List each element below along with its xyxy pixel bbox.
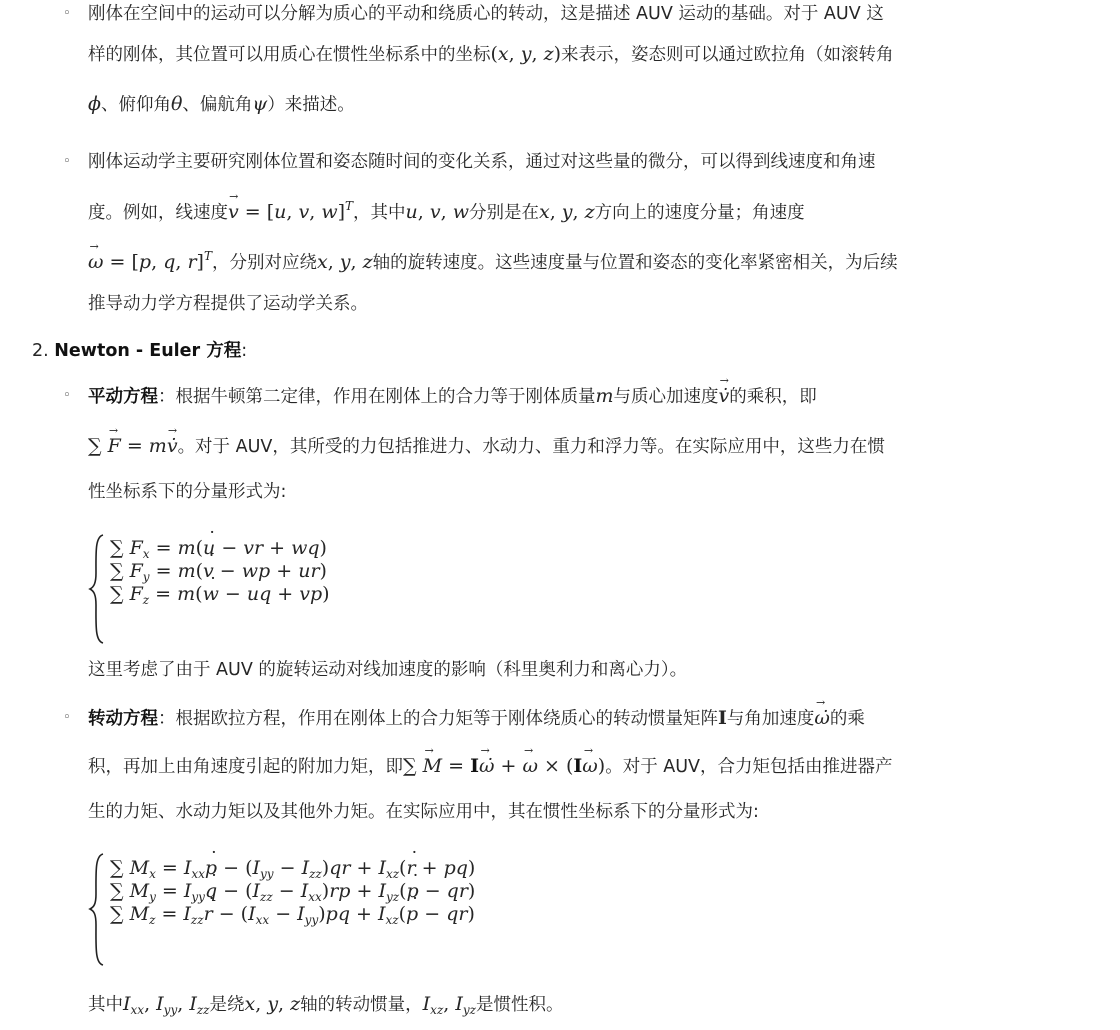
math-coords: (x, y, z) — [491, 43, 562, 65]
bullet-icon: ◦ — [63, 0, 71, 28]
text: 其中 — [88, 995, 123, 1015]
paragraph-line: 推导动力学方程提供了运动学关系。 — [88, 290, 368, 318]
text: 与质心加速度 — [614, 387, 719, 407]
paragraph-line: 这里考虑了由于 AUV 的旋转运动对线加速度的影响（科里奥利力和离心力）。 — [88, 656, 687, 684]
math-angular-velocity: ω = [p, q, r]T — [88, 251, 212, 273]
math-linear-velocity: v = [u, v, w]T — [228, 201, 353, 223]
text: 来表示，姿态则可以通过欧拉角（如滚转角 — [561, 45, 894, 65]
equation-fz: ∑ Fz = m(w − uq + vp) — [110, 583, 330, 606]
text: ：根据欧拉方程，作用在刚体上的合力矩等于刚体绕质心的转动惯量矩阵 — [158, 709, 718, 729]
paragraph-line: 转动方程：根据欧拉方程，作用在刚体上的合力矩等于刚体绕质心的转动惯量矩阵I与角加… — [88, 704, 865, 733]
equation-mx: ∑ Mx = Ixxp − (Iyy − Izz)qr + Ixz(r + pq… — [110, 857, 475, 880]
brace-icon — [88, 852, 106, 967]
bullet-icon: ◦ — [63, 382, 71, 410]
paragraph-line: ϕ、俯仰角θ、偏航角ψ）来描述。 — [88, 90, 355, 119]
text: 是绕 — [210, 995, 245, 1015]
math-vdot: v̇ — [719, 382, 730, 410]
text: 积，再加上由角速度引起的附加力矩，即 — [88, 757, 403, 777]
paragraph-line: 其中Ixx, Iyy, Izz是绕x, y, z轴的转动惯量，Ixz, Iyz是… — [88, 990, 563, 1024]
math-uvw: u, v, w — [406, 201, 469, 223]
paragraph-line: 度。例如，线速度v = [u, v, w]T，其中u, v, w分别是在x, y… — [88, 192, 805, 227]
text: ：根据牛顿第二定律，作用在刚体上的合力等于刚体质量 — [158, 387, 596, 407]
equation-fx: ∑ Fx = m(u − vr + wq) — [110, 537, 330, 560]
math-inertias: Ixx, Iyy, Izz — [123, 993, 210, 1015]
text: 样的刚体，其位置可以用质心在惯性坐标系中的坐标 — [88, 45, 491, 65]
math-xyz: x, y, z — [317, 251, 373, 273]
text: 是惯性积。 — [476, 995, 564, 1015]
math-products-of-inertia: Ixz, Iyz — [423, 993, 476, 1015]
math-psi: ψ — [252, 93, 267, 115]
brace-icon — [88, 533, 106, 645]
paragraph-line: 样的刚体，其位置可以用质心在惯性坐标系中的坐标(x, y, z)来表示，姿态则可… — [88, 40, 894, 69]
paragraph-line: ∑ F = mv̇。对于 AUV，其所受的力包括推进力、水动力、重力和浮力等。在… — [88, 432, 885, 461]
paragraph-line: ω = [p, q, r]T，分别对应绕x, y, z轴的旋转速度。这些速度量与… — [88, 242, 898, 277]
paragraph-line: 平动方程：根据牛顿第二定律，作用在刚体上的合力等于刚体质量m与质心加速度v̇的乘… — [88, 382, 817, 411]
math-m: m — [596, 385, 614, 407]
paragraph-line: 积，再加上由角速度引起的附加力矩，即∑ M = Iω̇ + ω × (Iω)。对… — [88, 752, 893, 781]
bullet-icon: ◦ — [63, 148, 71, 176]
text: 、偏航角 — [182, 95, 252, 115]
math-theta: θ — [171, 93, 182, 115]
math-phi: ϕ — [88, 93, 101, 115]
text: 分别是在 — [469, 203, 539, 223]
text: 刚体运动学主要研究刚体位置和姿态随时间的变化关系，通过对这些量的微分，可以得到线… — [88, 152, 876, 172]
math-xyz: x, y, z — [539, 201, 595, 223]
paragraph-line: 刚体运动学主要研究刚体位置和姿态随时间的变化关系，通过对这些量的微分，可以得到线… — [88, 148, 876, 176]
paragraph-line: 生的力矩、水动力矩以及其他外力矩。在实际应用中，其在惯性坐标系下的分量形式为: — [88, 798, 759, 826]
text: 与角加速度 — [727, 709, 815, 729]
math-euler: ∑ M = Iω̇ + ω × (Iω) — [403, 755, 605, 777]
text: 。对于 AUV，合力矩包括由推进器产 — [605, 757, 892, 777]
text: ，其中 — [353, 203, 406, 223]
text: 方向上的速度分量；角速度 — [595, 203, 805, 223]
text: 度。例如，线速度 — [88, 203, 228, 223]
moment-equations: ∑ Mx = Ixxp − (Iyy − Izz)qr + Ixz(r + pq… — [88, 852, 475, 967]
math-omega-dot: ω̇ — [814, 704, 830, 732]
text: ，分别对应绕 — [212, 253, 317, 273]
text: : — [241, 341, 247, 361]
equation-my: ∑ My = Iyyq − (Izz − Ixx)rp + Iyz(p − qr… — [110, 880, 475, 903]
term-label: 转动方程 — [88, 709, 158, 729]
text: 的乘 — [830, 709, 865, 729]
equation-fy: ∑ Fy = m(v − wp + ur) — [110, 560, 330, 583]
text: 、俯仰角 — [101, 95, 171, 115]
text: 生的力矩、水动力矩以及其他外力矩。在实际应用中，其在惯性坐标系下的分量形式为: — [88, 802, 759, 822]
section-title: Newton - Euler 方程 — [54, 341, 241, 361]
equation-mz: ∑ Mz = Izzr − (Ixx − Iyy)pq + Ixz(p − qr… — [110, 903, 475, 926]
text: 轴的旋转速度。这些速度量与位置和姿态的变化率紧密相关，为后续 — [373, 253, 898, 273]
section-heading: 2. Newton - Euler 方程: — [32, 337, 247, 365]
list-number: 2. — [32, 341, 49, 361]
math-newton: ∑ F = mv̇ — [88, 435, 178, 457]
text: 这里考虑了由于 AUV 的旋转运动对线加速度的影响（科里奥利力和离心力）。 — [88, 660, 687, 680]
text: 性坐标系下的分量形式为: — [88, 482, 286, 502]
text: 的乘积，即 — [729, 387, 817, 407]
text: ）来描述。 — [267, 95, 355, 115]
text: 刚体在空间中的运动可以分解为质心的平动和绕质心的转动，这是描述 AUV 运动的基… — [88, 4, 884, 24]
math-xyz: x, y, z — [245, 993, 301, 1015]
text: 推导动力学方程提供了运动学关系。 — [88, 294, 368, 314]
force-equations: ∑ Fx = m(u − vr + wq) ∑ Fy = m(v − wp + … — [88, 533, 330, 645]
paragraph-line: 刚体在空间中的运动可以分解为质心的平动和绕质心的转动，这是描述 AUV 运动的基… — [88, 0, 884, 28]
text: 轴的转动惯量， — [300, 995, 423, 1015]
math-inertia-matrix: I — [718, 707, 727, 729]
term-label: 平动方程 — [88, 387, 158, 407]
bullet-icon: ◦ — [63, 704, 71, 732]
text: 。对于 AUV，其所受的力包括推进力、水动力、重力和浮力等。在实际应用中，这些力… — [178, 437, 885, 457]
paragraph-line: 性坐标系下的分量形式为: — [88, 478, 286, 506]
